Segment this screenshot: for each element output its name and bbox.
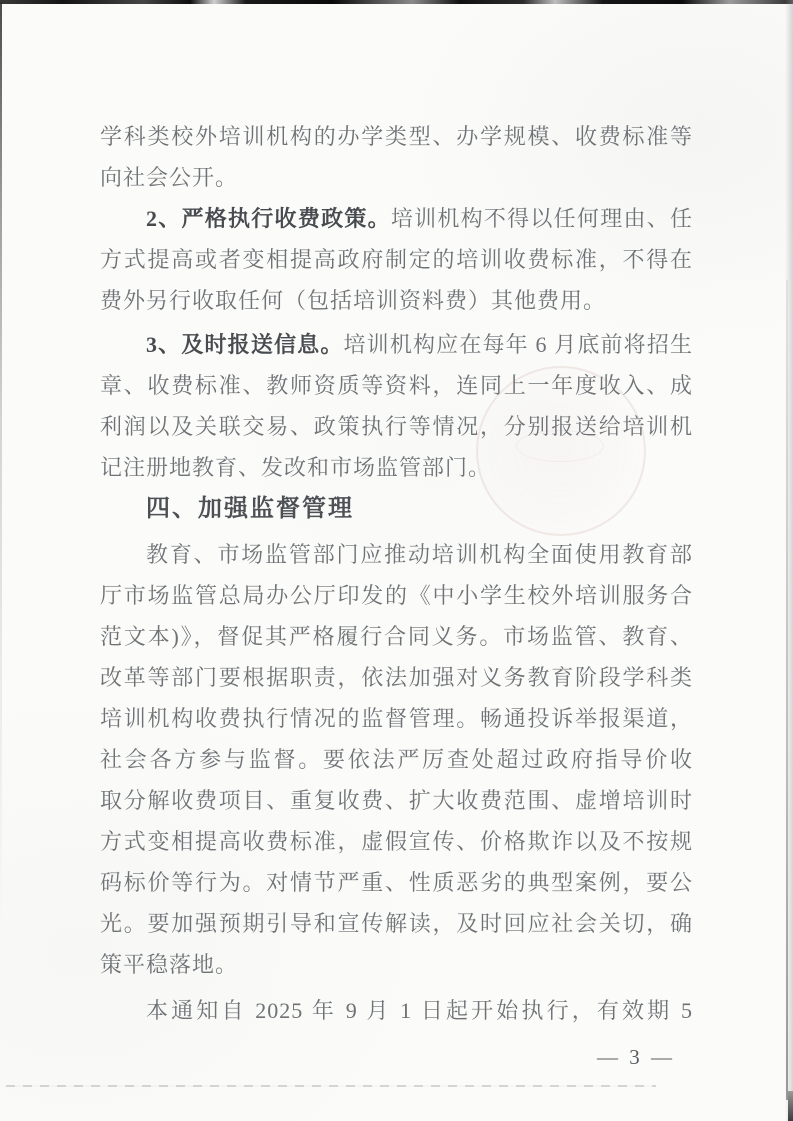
text-segment: 费外另行收取任何（包括培训资料费）其他费用。 (100, 288, 606, 313)
paragraph: 3、及时报送信息。培训机构应在每年 6 月底前将招生简章、收费标准、教师资质等资… (100, 324, 693, 488)
text-line: 策平稳落地。 (100, 944, 693, 985)
scan-corner-shadow (788, 1091, 793, 1121)
text-segment: 码标价等行为。对情节严重、性质恶劣的典型案例，要公开曝 (100, 870, 693, 903)
text-line: 章、收费标准、教师资质等资料，连同上一年度收入、成本、 (100, 365, 693, 406)
text-segment: 策平稳落地。 (100, 952, 238, 977)
document-body: 学科类校外培训机构的办学类型、办学规模、收费标准等信息向社会公开。2、严格执行收… (100, 116, 693, 1031)
paragraph: 教育、市场监管部门应推动培训机构全面使用教育部办公厅市场监管总局办公厅印发的《中… (100, 534, 693, 985)
scan-edge-top (0, 0, 793, 4)
text-segment: 利润以及关联交易、政策执行等情况，分别报送给培训机构登 (100, 414, 693, 447)
text-segment: 学科类校外培训机构的办学类型、办学规模、收费标准等信息 (100, 124, 693, 157)
section-heading: 四、加强监督管理 (100, 488, 693, 529)
text-line: 方式变相提高收费标准，虚假宣传、价格欺诈以及不按规定明 (100, 821, 693, 862)
text-segment: 记注册地教育、发改和市场监管部门。 (100, 455, 491, 480)
text-line: 光。要加强预期引导和宣传解读，及时回应社会关切，确保政 (100, 903, 693, 944)
text-segment: 取分解收费项目、重复收费、扩大收费范围、虚增培训时长等 (100, 788, 693, 821)
text-segment: 光。要加强预期引导和宣传解读，及时回应社会关切，确保政 (100, 911, 693, 944)
text-line: 费外另行收取任何（包括培训资料费）其他费用。 (100, 280, 693, 321)
text-line: 记注册地教育、发改和市场监管部门。 (100, 447, 693, 488)
text-line: 2、严格执行收费政策。培训机构不得以任何理由、任何 (100, 198, 693, 239)
text-line: 利润以及关联交易、政策执行等情况，分别报送给培训机构登 (100, 406, 693, 447)
page-number: — 3 — (597, 1042, 675, 1072)
scan-right-line (786, 280, 788, 1100)
text-line: 本通知自 2025 年 9 月 1 日起开始执行，有效期 5 年。执行 (100, 990, 693, 1031)
text-line: 向社会公开。 (100, 157, 693, 198)
text-segment: 向社会公开。 (100, 165, 238, 190)
text-line: 社会各方参与监督。要依法严厉查处超过政府指导价收费，采 (100, 739, 693, 780)
text-line: 3、及时报送信息。培训机构应在每年 6 月底前将招生简 (100, 324, 693, 365)
text-segment: 改革等部门要根据职责，依法加强对义务教育阶段学科类校外 (100, 665, 693, 698)
scan-artifact-dashed-line (6, 1085, 656, 1087)
scan-edge-left (0, 2, 2, 932)
text-segment: 教育、市场监管部门应推动培训机构全面使用教育部办公 (100, 542, 693, 575)
text-line: 改革等部门要根据职责，依法加强对义务教育阶段学科类校外 (100, 657, 693, 698)
text-segment: 本通知自 2025 年 9 月 1 日起开始执行，有效期 5 年。执行 (100, 998, 693, 1031)
text-segment: 方式提高或者变相提高政府制定的培训收费标准，不得在培训 (100, 247, 693, 280)
text-line: 方式提高或者变相提高政府制定的培训收费标准，不得在培训 (100, 239, 693, 280)
text-segment: 方式变相提高收费标准，虚假宣传、价格欺诈以及不按规定明 (100, 829, 693, 862)
paragraph: 本通知自 2025 年 9 月 1 日起开始执行，有效期 5 年。执行 (100, 990, 693, 1031)
text-segment: 培训机构收费执行情况的监督管理。畅通投诉举报渠道，鼓励 (100, 706, 693, 739)
text-segment: 社会各方参与监督。要依法严厉查处超过政府指导价收费，采 (100, 747, 693, 780)
text-line: 范文本)》，督促其严格履行合同义务。市场监管、教育、发展 (100, 616, 693, 657)
text-line: 教育、市场监管部门应推动培训机构全面使用教育部办公 (100, 534, 693, 575)
text-line: 四、加强监督管理 (100, 488, 693, 529)
text-line: 取分解收费项目、重复收费、扩大收费范围、虚增培训时长等 (100, 780, 693, 821)
bold-text-segment: 2、严格执行收费政策。 (146, 206, 391, 231)
bold-text-segment: 四、加强监督管理 (146, 495, 354, 522)
text-line: 码标价等行为。对情节严重、性质恶劣的典型案例，要公开曝 (100, 862, 693, 903)
paragraph: 学科类校外培训机构的办学类型、办学规模、收费标准等信息向社会公开。 (100, 116, 693, 198)
paragraph: 2、严格执行收费政策。培训机构不得以任何理由、任何方式提高或者变相提高政府制定的… (100, 198, 693, 321)
text-segment: 范文本)》，督促其严格履行合同义务。市场监管、教育、发展 (100, 624, 693, 657)
text-segment: 章、收费标准、教师资质等资料，连同上一年度收入、成本、 (100, 373, 693, 406)
text-line: 学科类校外培训机构的办学类型、办学规模、收费标准等信息 (100, 116, 693, 157)
text-line: 厅市场监管总局办公厅印发的《中小学生校外培训服务合同( 示 (100, 575, 693, 616)
bold-text-segment: 3、及时报送信息。 (146, 332, 344, 357)
text-line: 培训机构收费执行情况的监督管理。畅通投诉举报渠道，鼓励 (100, 698, 693, 739)
text-segment: 厅市场监管总局办公厅印发的《中小学生校外培训服务合同( 示 (100, 583, 693, 616)
